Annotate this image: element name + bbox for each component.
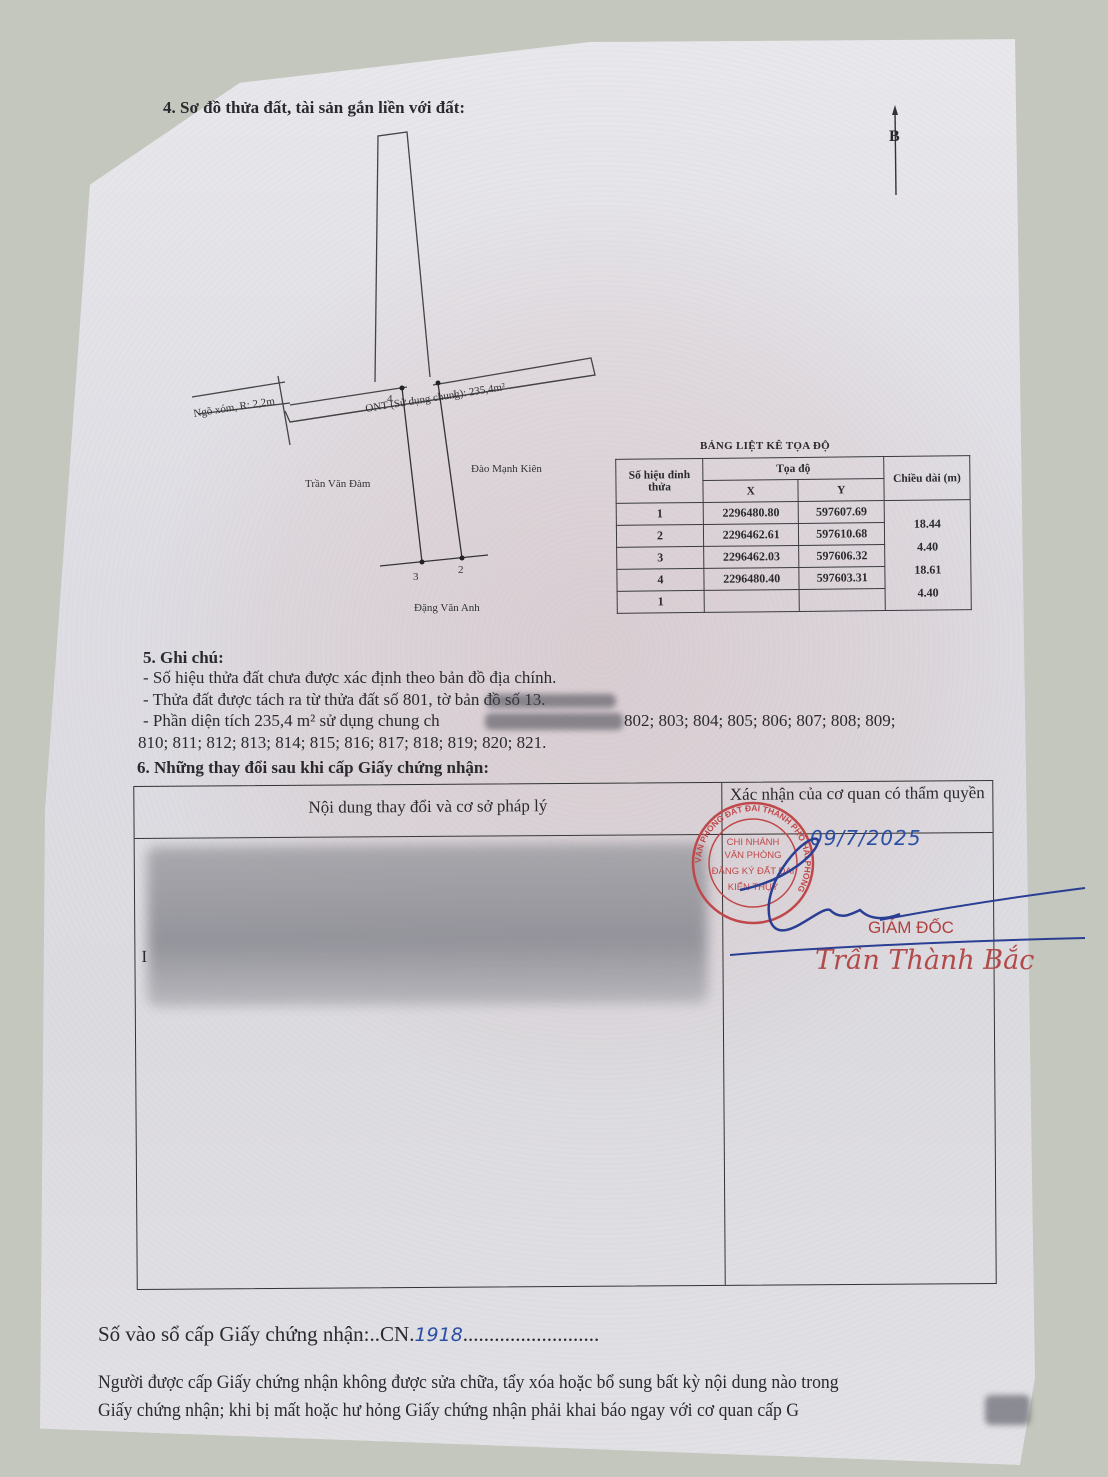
table-row: 1 2296480.80 597607.69 18.44 4.40 18.61 … xyxy=(616,500,970,526)
redaction-blur xyxy=(485,713,623,730)
footer-line: Người được cấp Giấy chứng nhận không đượ… xyxy=(98,1372,839,1394)
row-marker: I xyxy=(141,947,147,967)
coords-header: Tọa độ xyxy=(703,457,884,481)
x-header: X xyxy=(703,479,799,502)
y-header: Y xyxy=(798,479,884,502)
parcel-sketch: Ngõ xóm, R: 2,2m ONT (Sử dụng chung): 23… xyxy=(170,125,610,625)
neighbor-west: Trần Văn Đàm xyxy=(305,478,371,490)
redaction-blur xyxy=(985,1395,1030,1425)
vertex-header: Số hiệu đỉnh thửa xyxy=(616,458,703,503)
note-line: - Số hiệu thửa đất chưa được xác định th… xyxy=(143,668,556,688)
section-6-title: 6. Những thay đổi sau khi cấp Giấy chứng… xyxy=(137,758,489,778)
vertex-label-3: 3 xyxy=(413,571,419,583)
coord-table-title: BẢNG LIỆT KÊ TỌA ĐỘ xyxy=(700,440,830,452)
note-line: 810; 811; 812; 813; 814; 815; 816; 817; … xyxy=(138,733,546,753)
vertex-label-4: 4 xyxy=(387,393,393,405)
road-label: Ngõ xóm, R: 2,2m xyxy=(193,395,277,420)
registry-number: Số vào sổ cấp Giấy chứng nhận:..CN.1918.… xyxy=(98,1322,599,1347)
north-label: B xyxy=(889,128,900,146)
north-arrow-icon xyxy=(885,105,905,197)
shared-area-label: ONT (Sử dụng chung): 235,4m² xyxy=(365,381,507,415)
neighbor-south: Đặng Văn Anh xyxy=(414,602,480,614)
section-4-title: 4. Sơ đồ thửa đất, tài sản gắn liền với … xyxy=(163,98,465,118)
vertex-label-1: 1 xyxy=(452,388,458,400)
neighbor-east: Đào Mạnh Kiên xyxy=(471,463,542,475)
coord-table: Số hiệu đỉnh thửa Tọa độ Chiều dài (m) X… xyxy=(615,455,972,614)
signature-icon xyxy=(700,810,1100,980)
vertex-label-2: 2 xyxy=(458,564,464,576)
redaction-blur xyxy=(486,694,616,708)
length-column: 18.44 4.40 18.61 4.40 xyxy=(884,500,971,611)
length-header: Chiều dài (m) xyxy=(884,456,970,501)
content-column-header: Nội dung thay đổi và cơ sở pháp lý xyxy=(134,795,721,819)
footer-line: Giấy chứng nhận; khi bị mất hoặc hư hỏng… xyxy=(98,1400,799,1422)
section-5-title: 5. Ghi chú: xyxy=(143,648,224,668)
note-line: - Phần diện tích 235,4 m² sử dụng chung … xyxy=(143,711,440,731)
redacted-content xyxy=(147,843,708,1007)
registry-number-value: 1918 xyxy=(414,1324,462,1346)
note-line: 802; 803; 804; 805; 806; 807; 808; 809; xyxy=(624,711,896,731)
